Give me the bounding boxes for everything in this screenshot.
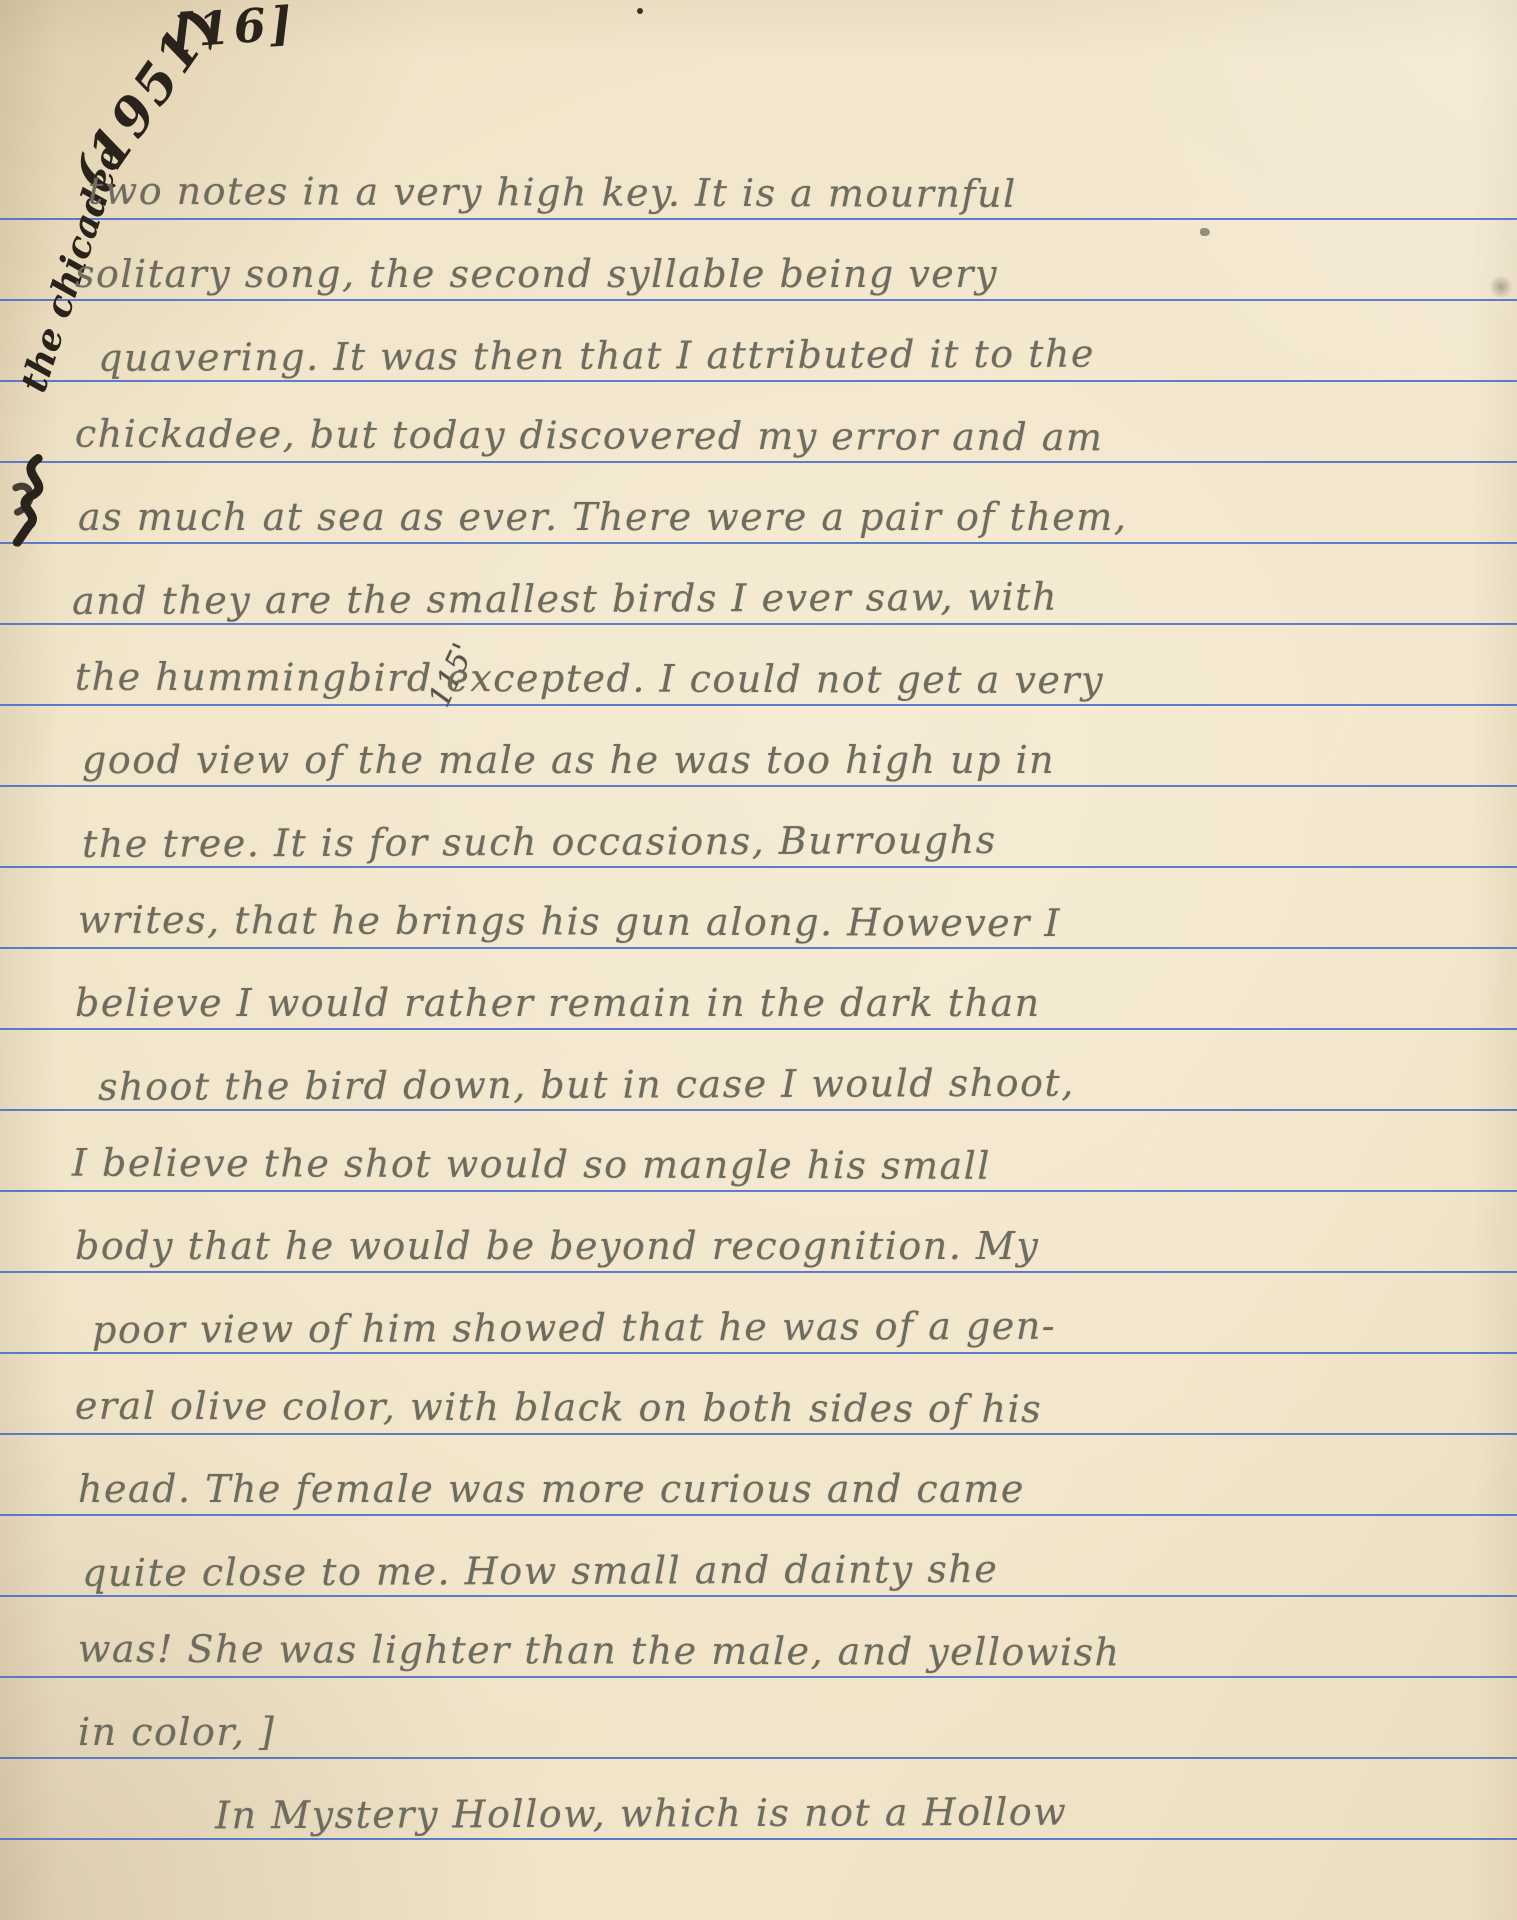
handwritten-line: as much at sea as ever. There were a pai… bbox=[0, 461, 1507, 542]
handwritten-line: eral olive color, with black on both sid… bbox=[0, 1349, 1507, 1435]
handwritten-line: I believe the shot would so mangle his s… bbox=[0, 1106, 1507, 1192]
handwritten-text: two notes in a very high key. It is a mo… bbox=[0, 137, 1507, 1838]
journal-page: [16] (1951) the chicadee 115' two notes … bbox=[0, 0, 1517, 1920]
handwritten-line: head. The female was more curious and ca… bbox=[0, 1433, 1507, 1514]
handwritten-line: in color, ] bbox=[0, 1676, 1507, 1757]
handwritten-line: the hummingbird excepted. I could not ge… bbox=[0, 620, 1507, 706]
handwritten-line: the tree. It is for such occasions, Burr… bbox=[0, 782, 1507, 870]
handwritten-line: believe I would rather remain in the dar… bbox=[0, 947, 1507, 1028]
handwritten-line: chickadee, but today discovered my error… bbox=[0, 377, 1507, 463]
handwritten-line: poor view of him showed that he was of a… bbox=[0, 1268, 1507, 1356]
handwritten-line: body that he would be beyond recognition… bbox=[0, 1190, 1507, 1271]
handwritten-line: was! She was lighter than the male, and … bbox=[0, 1592, 1507, 1678]
handwritten-line: solitary song, the second syllable being… bbox=[0, 218, 1507, 299]
stray-mark bbox=[637, 8, 643, 14]
handwritten-line: two notes in a very high key. It is a mo… bbox=[0, 134, 1507, 220]
handwritten-line: and they are the smallest birds I ever s… bbox=[0, 539, 1507, 627]
handwritten-line: quite close to me. How small and dainty … bbox=[0, 1511, 1507, 1599]
handwritten-line: writes, that he brings his gun along. Ho… bbox=[0, 863, 1507, 949]
handwritten-line: quavering. It was then that I attributed… bbox=[0, 296, 1507, 384]
handwritten-line: In Mystery Hollow, which is not a Hollow bbox=[0, 1754, 1507, 1842]
handwritten-line: shoot the bird down, but in case I would… bbox=[0, 1025, 1507, 1113]
handwritten-line: good view of the male as he was too high… bbox=[0, 704, 1507, 785]
